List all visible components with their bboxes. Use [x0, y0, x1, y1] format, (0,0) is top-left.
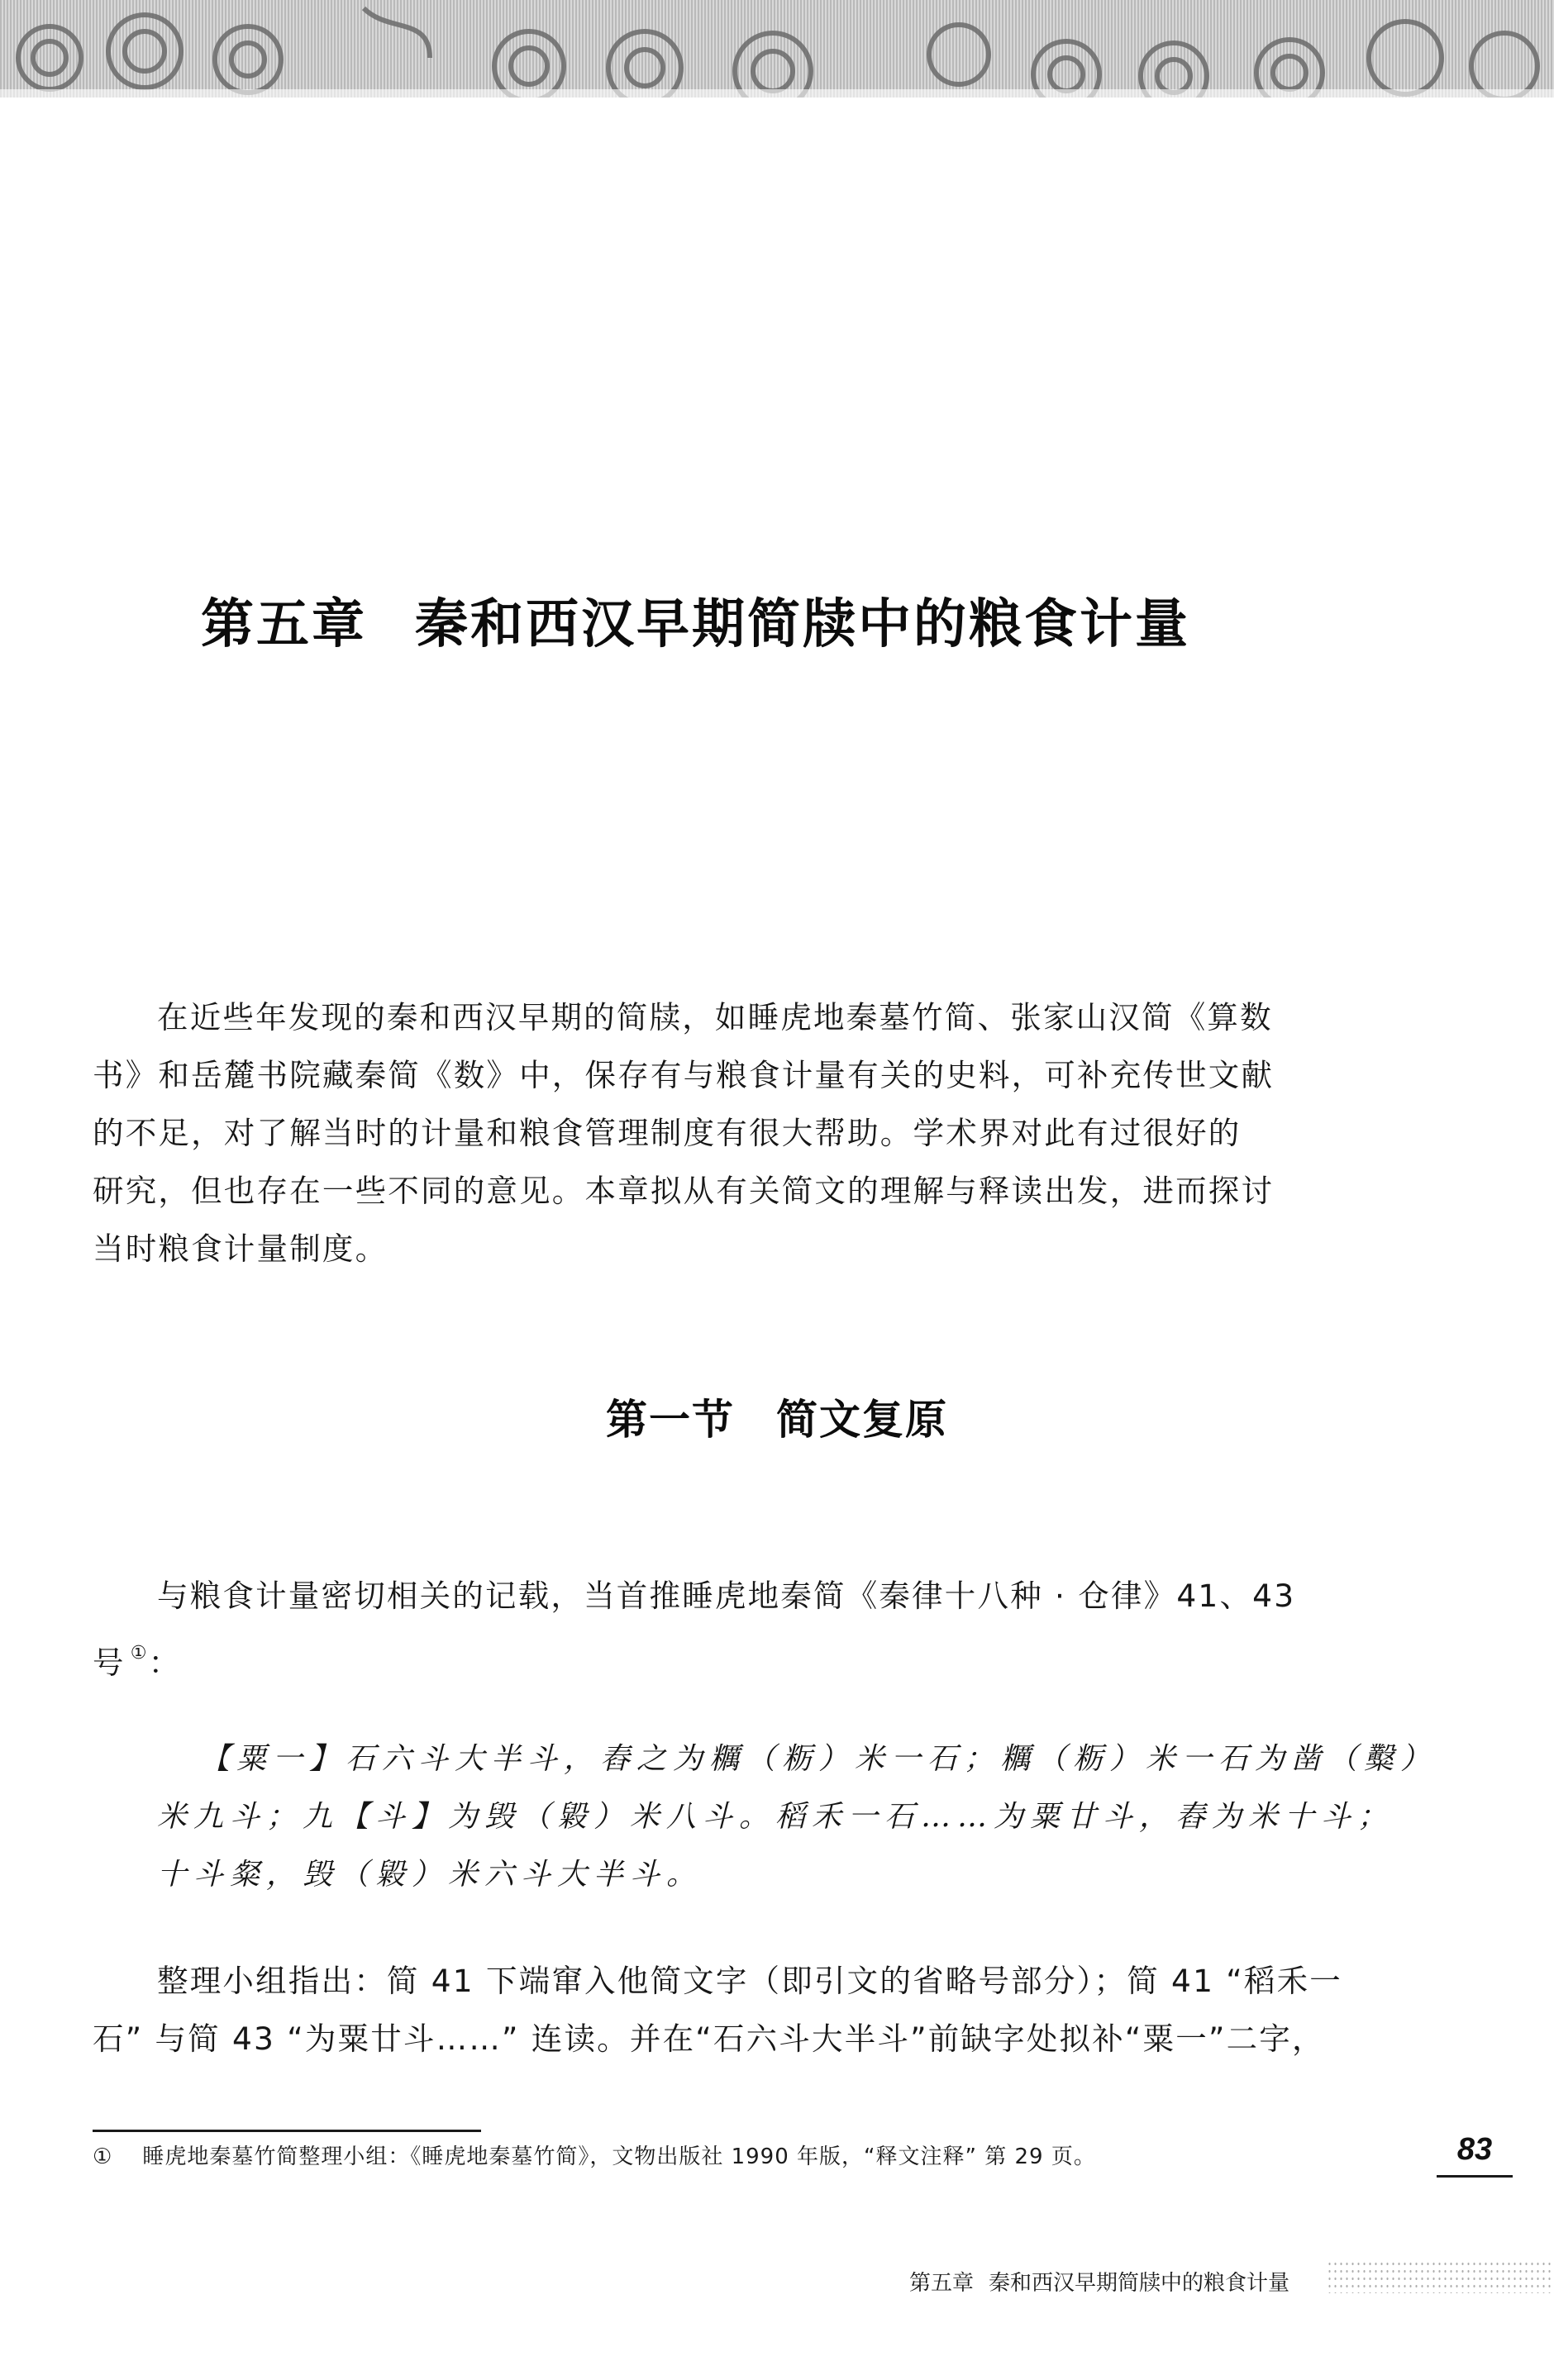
running-footer: 第五章秦和西汉早期简牍中的粮食计量: [909, 2266, 1289, 2297]
footnote-reference-link[interactable]: ①: [131, 1643, 149, 1664]
running-footer-chapter-number: 第五章: [909, 2271, 974, 2296]
section-number: 第一节: [606, 1395, 735, 1444]
section-heading: 第一节简文复原: [0, 1387, 1554, 1446]
block-quotation: 【粟一】石六斗大半斗，舂之为糲（粝）米一石；糲（粝）米一石为凿（糳） 米九斗；九…: [157, 1730, 1331, 1904]
footnote-mark: ①: [93, 2144, 112, 2169]
paragraph-line: 号①：: [93, 1625, 1382, 1683]
paragraph-line: 当时粮食计量制度。: [93, 1220, 1382, 1278]
page-number: 83: [1437, 2132, 1513, 2168]
paragraph-text: ：: [149, 1645, 182, 1681]
section-title-text: 简文复原: [776, 1395, 948, 1444]
chapter-title: 第五章秦和西汉早期简牍中的粮食计量: [201, 582, 1358, 658]
paragraph-line: 与粮食计量密切相关的记载，当首推睡虎地秦简《秦律十八种 · 仓律》41、43: [93, 1567, 1382, 1625]
paragraph-text: 号: [93, 1645, 126, 1681]
page-number-underline: [1437, 2175, 1513, 2178]
footnote: ①睡虎地秦墓竹简整理小组：《睡虎地秦墓竹简》，文物出版社 1990 年版，“释文…: [93, 2139, 1096, 2175]
decorative-dot-pattern: [1327, 2260, 1554, 2293]
paragraph-line: 的不足，对了解当时的计量和粮食管理制度有很大帮助。学术界对此有过很好的: [93, 1104, 1382, 1162]
chapter-number: 第五章: [201, 593, 367, 655]
chapter-title-text: 秦和西汉早期简牍中的粮食计量: [415, 593, 1190, 655]
intro-paragraph: 在近些年发现的秦和西汉早期的简牍，如睡虎地秦墓竹简、张家山汉简《算数 书》和岳麓…: [93, 988, 1382, 1278]
paragraph-line: 整理小组指出：简 41 下端窜入他简文字（即引文的省略号部分）；简 41 “稻禾…: [93, 1952, 1382, 2010]
quotation-line: 【粟一】石六斗大半斗，舂之为糲（粝）米一石；糲（粝）米一石为凿（糳）: [157, 1730, 1331, 1788]
paragraph-line: 书》和岳麓书院藏秦简《数》中，保存有与粮食计量有关的史料，可补充传世文献: [93, 1046, 1382, 1104]
running-footer-chapter-title: 秦和西汉早期简牍中的粮食计量: [989, 2271, 1289, 2296]
decorative-header-band: [0, 0, 1554, 98]
decorative-cloud-pattern-icon: [0, 0, 1554, 98]
commentary-paragraph: 整理小组指出：简 41 下端窜入他简文字（即引文的省略号部分）；简 41 “稻禾…: [93, 1952, 1382, 2068]
quotation-line: 米九斗；九【斗】为毁（毇）米八斗。稻禾一石……为粟廿斗，舂为米十斗；: [157, 1788, 1331, 1846]
section-paragraph: 与粮食计量密切相关的记载，当首推睡虎地秦简《秦律十八种 · 仓律》41、43 号…: [93, 1567, 1382, 1683]
paragraph-line: 石” 与简 43 “为粟廿斗……” 连读。并在“石六斗大半斗”前缺字处拟补“粟一…: [93, 2010, 1382, 2068]
quotation-line: 十斗粲，毁（毇）米六斗大半斗。: [157, 1846, 1331, 1904]
footnote-divider: [93, 2130, 481, 2132]
paragraph-line: 研究，但也存在一些不同的意见。本章拟从有关简文的理解与释读出发，进而探讨: [93, 1162, 1382, 1220]
footnote-text: 睡虎地秦墓竹简整理小组：《睡虎地秦墓竹简》，文物出版社 1990 年版，“释文注…: [142, 2144, 1096, 2169]
paragraph-line: 在近些年发现的秦和西汉早期的简牍，如睡虎地秦墓竹简、张家山汉简《算数: [93, 988, 1382, 1046]
